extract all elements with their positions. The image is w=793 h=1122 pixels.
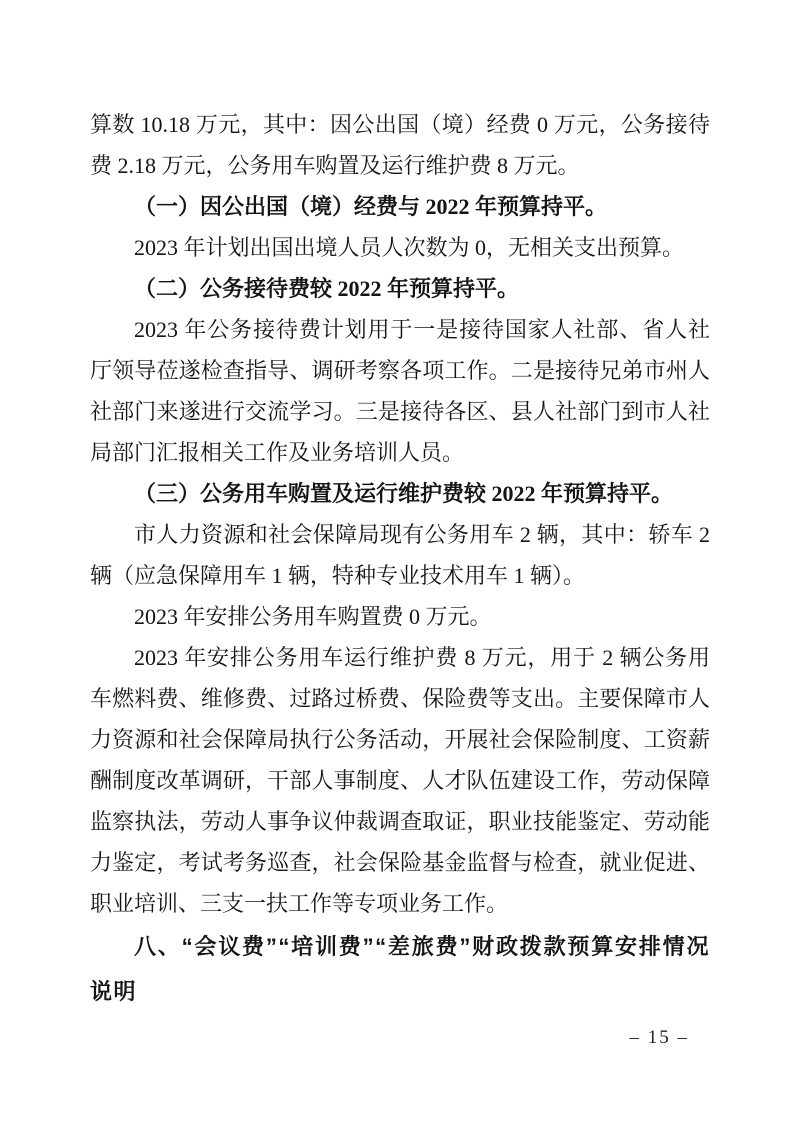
paragraph-vehicle-purchase-budget: 2023 年安排公务用车购置费 0 万元。 bbox=[90, 596, 710, 637]
heading-section-1-abroad-expense: （一）因公出国（境）经费与 2022 年预算持平。 bbox=[90, 186, 710, 227]
paragraph-vehicle-maintenance-detail: 2023 年安排公务用车运行维护费 8 万元，用于 2 辆公务用车燃料费、维修费… bbox=[90, 637, 710, 924]
heading-section-8-meeting-training-travel-fees: 八、“会议费”“培训费”“差旅费”财政拨款预算安排情况说明 bbox=[90, 924, 710, 1014]
document-page: 算数 10.18 万元，其中：因公出国（境）经费 0 万元，公务接待费 2.18… bbox=[0, 0, 793, 1122]
paragraph-abroad-expense-detail: 2023 年计划出国出境人员人次数为 0，无相关支出预算。 bbox=[90, 227, 710, 268]
paragraph-three-public-expenses-summary: 算数 10.18 万元，其中：因公出国（境）经费 0 万元，公务接待费 2.18… bbox=[90, 104, 710, 186]
paragraph-vehicle-inventory: 市人力资源和社会保障局现有公务用车 2 辆，其中：轿车 2 辆（应急保障用车 1… bbox=[90, 514, 710, 596]
document-body: 算数 10.18 万元，其中：因公出国（境）经费 0 万元，公务接待费 2.18… bbox=[90, 104, 710, 1014]
heading-section-2-reception-expense: （二）公务接待费较 2022 年预算持平。 bbox=[90, 268, 710, 309]
page-number: – 15 – bbox=[630, 1026, 690, 1050]
paragraph-reception-expense-detail: 2023 年公务接待费计划用于一是接待国家人社部、省人社厅领导莅遂检查指导、调研… bbox=[90, 309, 710, 473]
heading-section-3-vehicle-expense: （三）公务用车购置及运行维护费较 2022 年预算持平。 bbox=[90, 473, 710, 514]
